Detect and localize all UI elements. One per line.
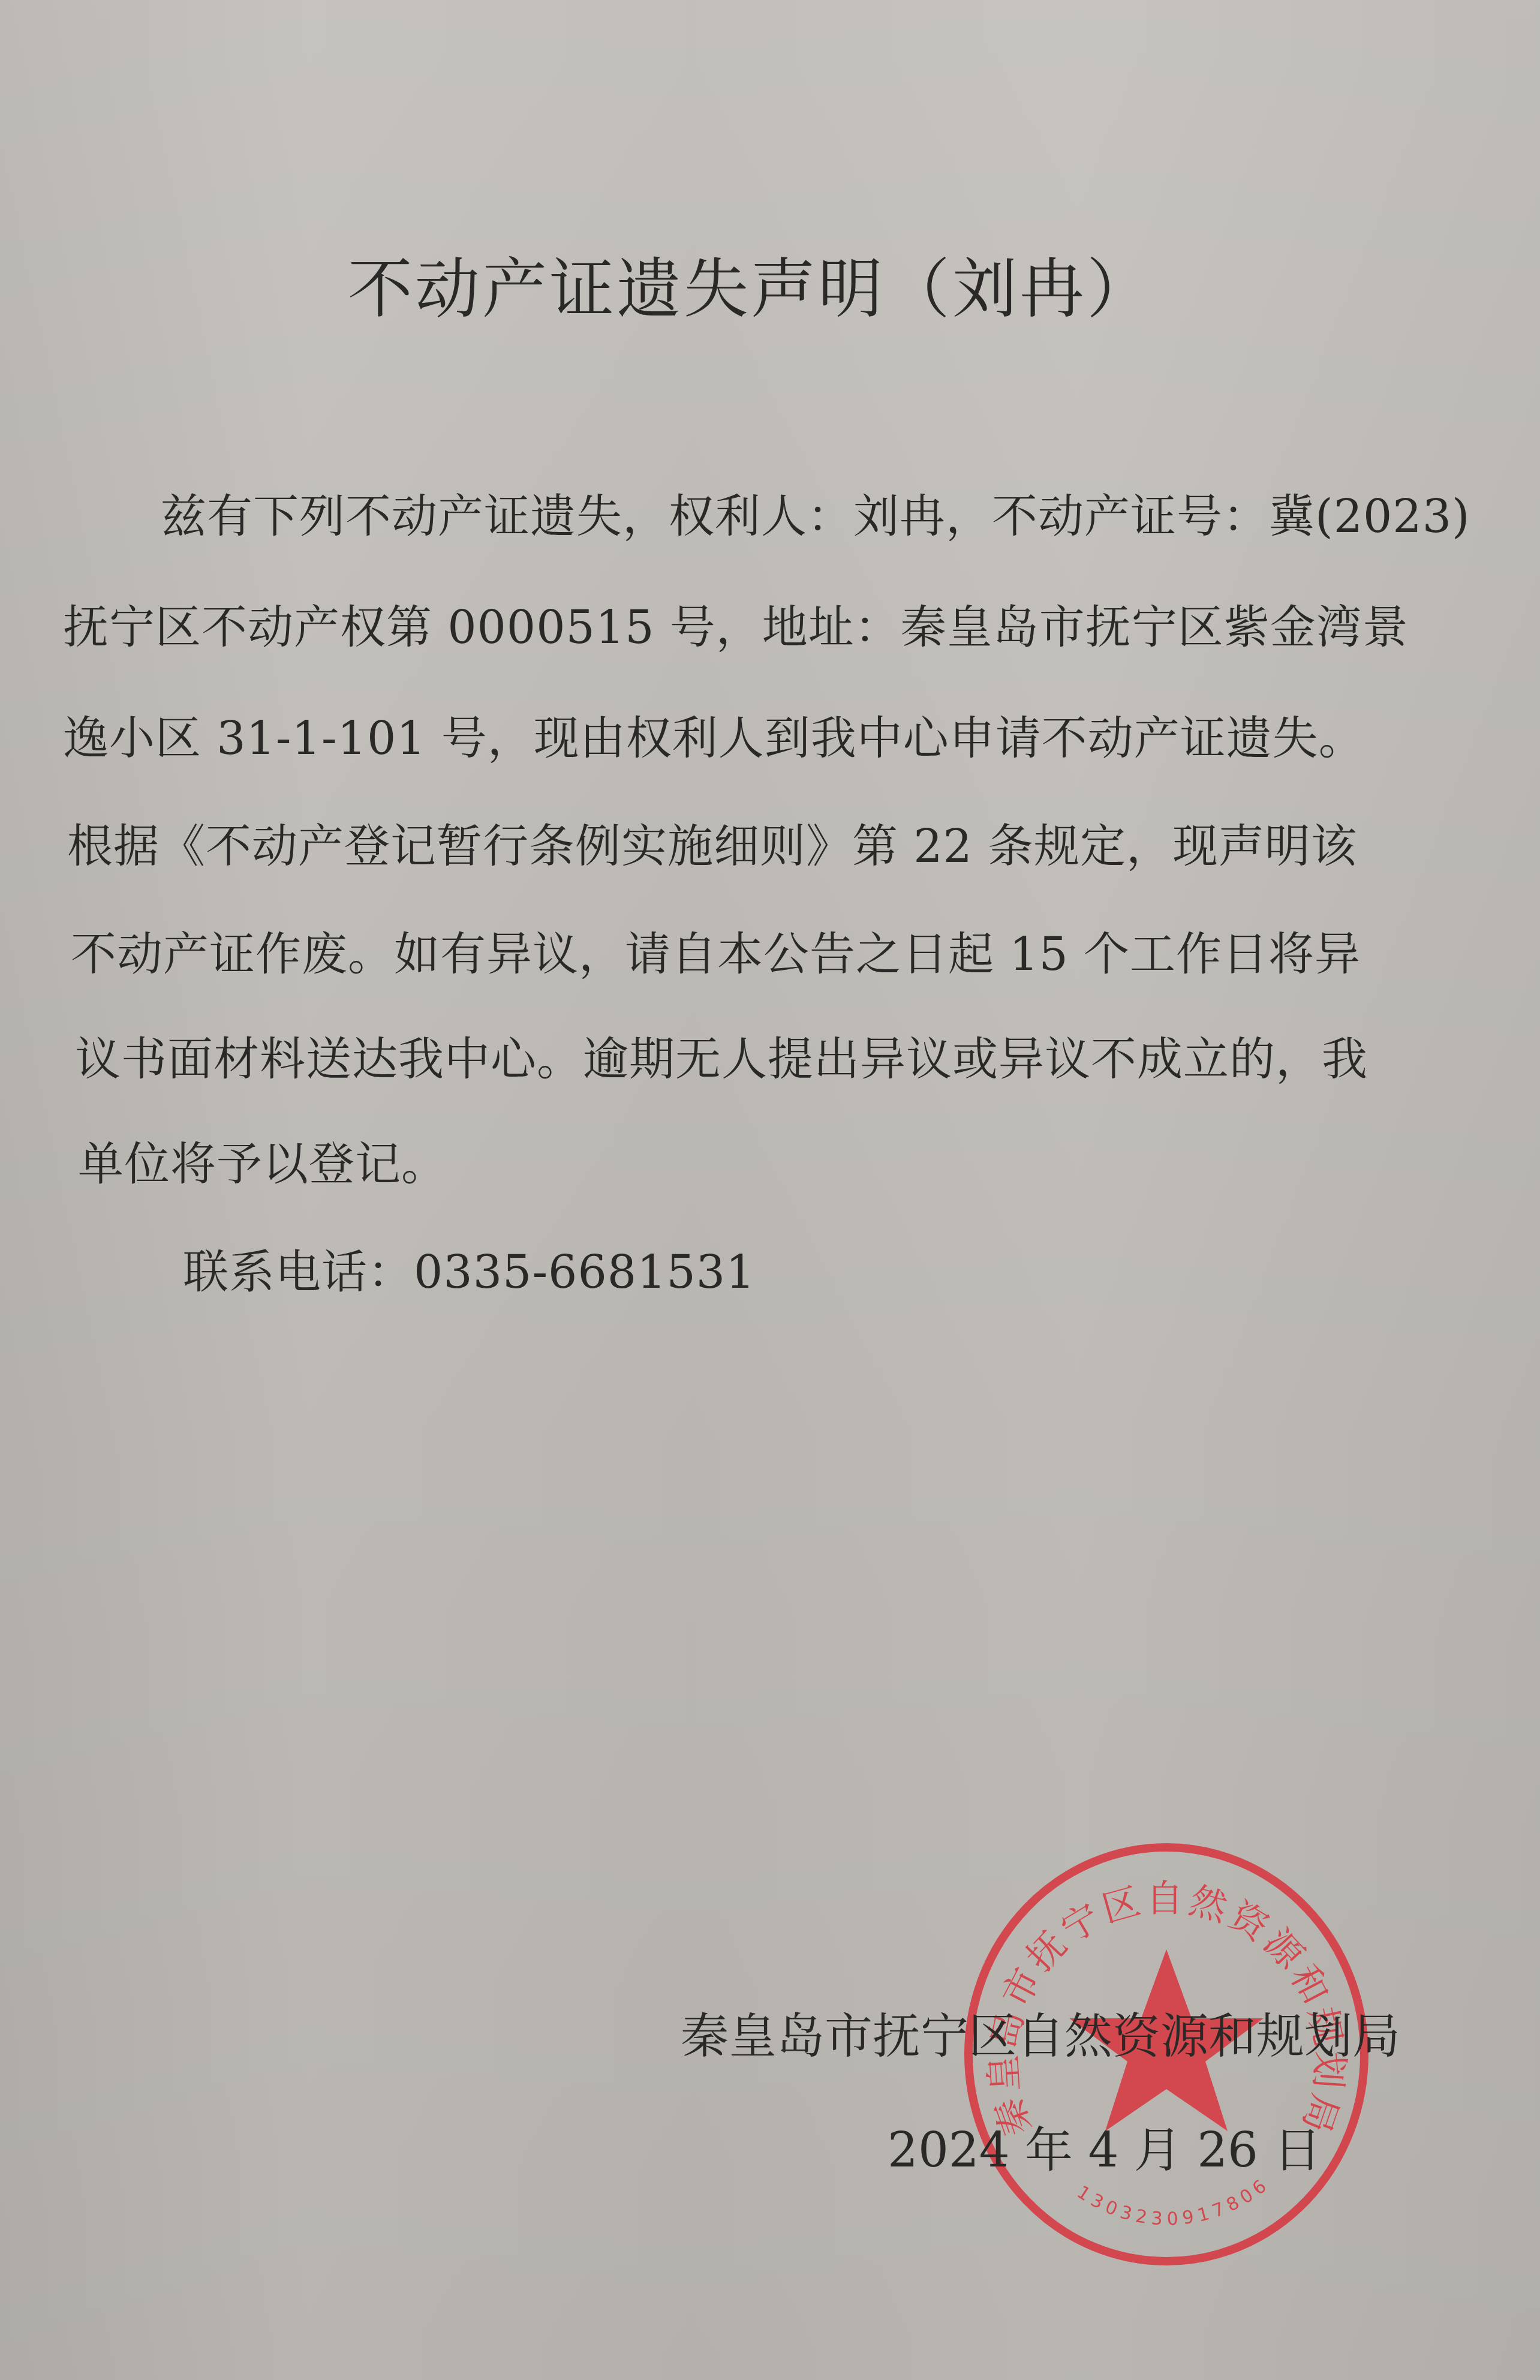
svg-text:1303230917806: 1303230917806 (1073, 2173, 1274, 2230)
contact-label: 联系电话： (183, 1245, 414, 1299)
issuing-organization: 秦皇岛市抚宁区自然资源和规划局 (681, 1997, 1400, 2066)
body-line-5: 不动产证作废。如有异议，请自本公告之日起 15 个工作日将异 (71, 918, 1361, 983)
issue-date: 2024 年 4 月 26 日 (888, 2111, 1321, 2180)
contact-phone: 0335-6681531 (414, 1245, 756, 1299)
body-line-7: 单位将予以登记。 (78, 1128, 447, 1193)
body-line-6: 议书面材料送达我中心。逾期无人提出异议或异议不成立的，我 (75, 1023, 1368, 1088)
document-title: 不动产证遗失声明（刘冉） (348, 237, 1154, 330)
body-line-4: 根据《不动产登记暂行条例实施细则》第 22 条规定，现声明该 (67, 810, 1357, 875)
body-line-2: 抚宁区不动产权第 0000515 号，地址：秦皇岛市抚宁区紫金湾景 (63, 591, 1409, 656)
body-line-1: 兹有下列不动产证遗失，权利人：刘冉，不动产证号：冀(2023) (161, 480, 1470, 545)
contact-line: 联系电话：0335-6681531 (183, 1236, 756, 1301)
body-line-3: 逸小区 31-1-101 号，现由权利人到我中心申请不动产证遗失。 (63, 702, 1365, 767)
